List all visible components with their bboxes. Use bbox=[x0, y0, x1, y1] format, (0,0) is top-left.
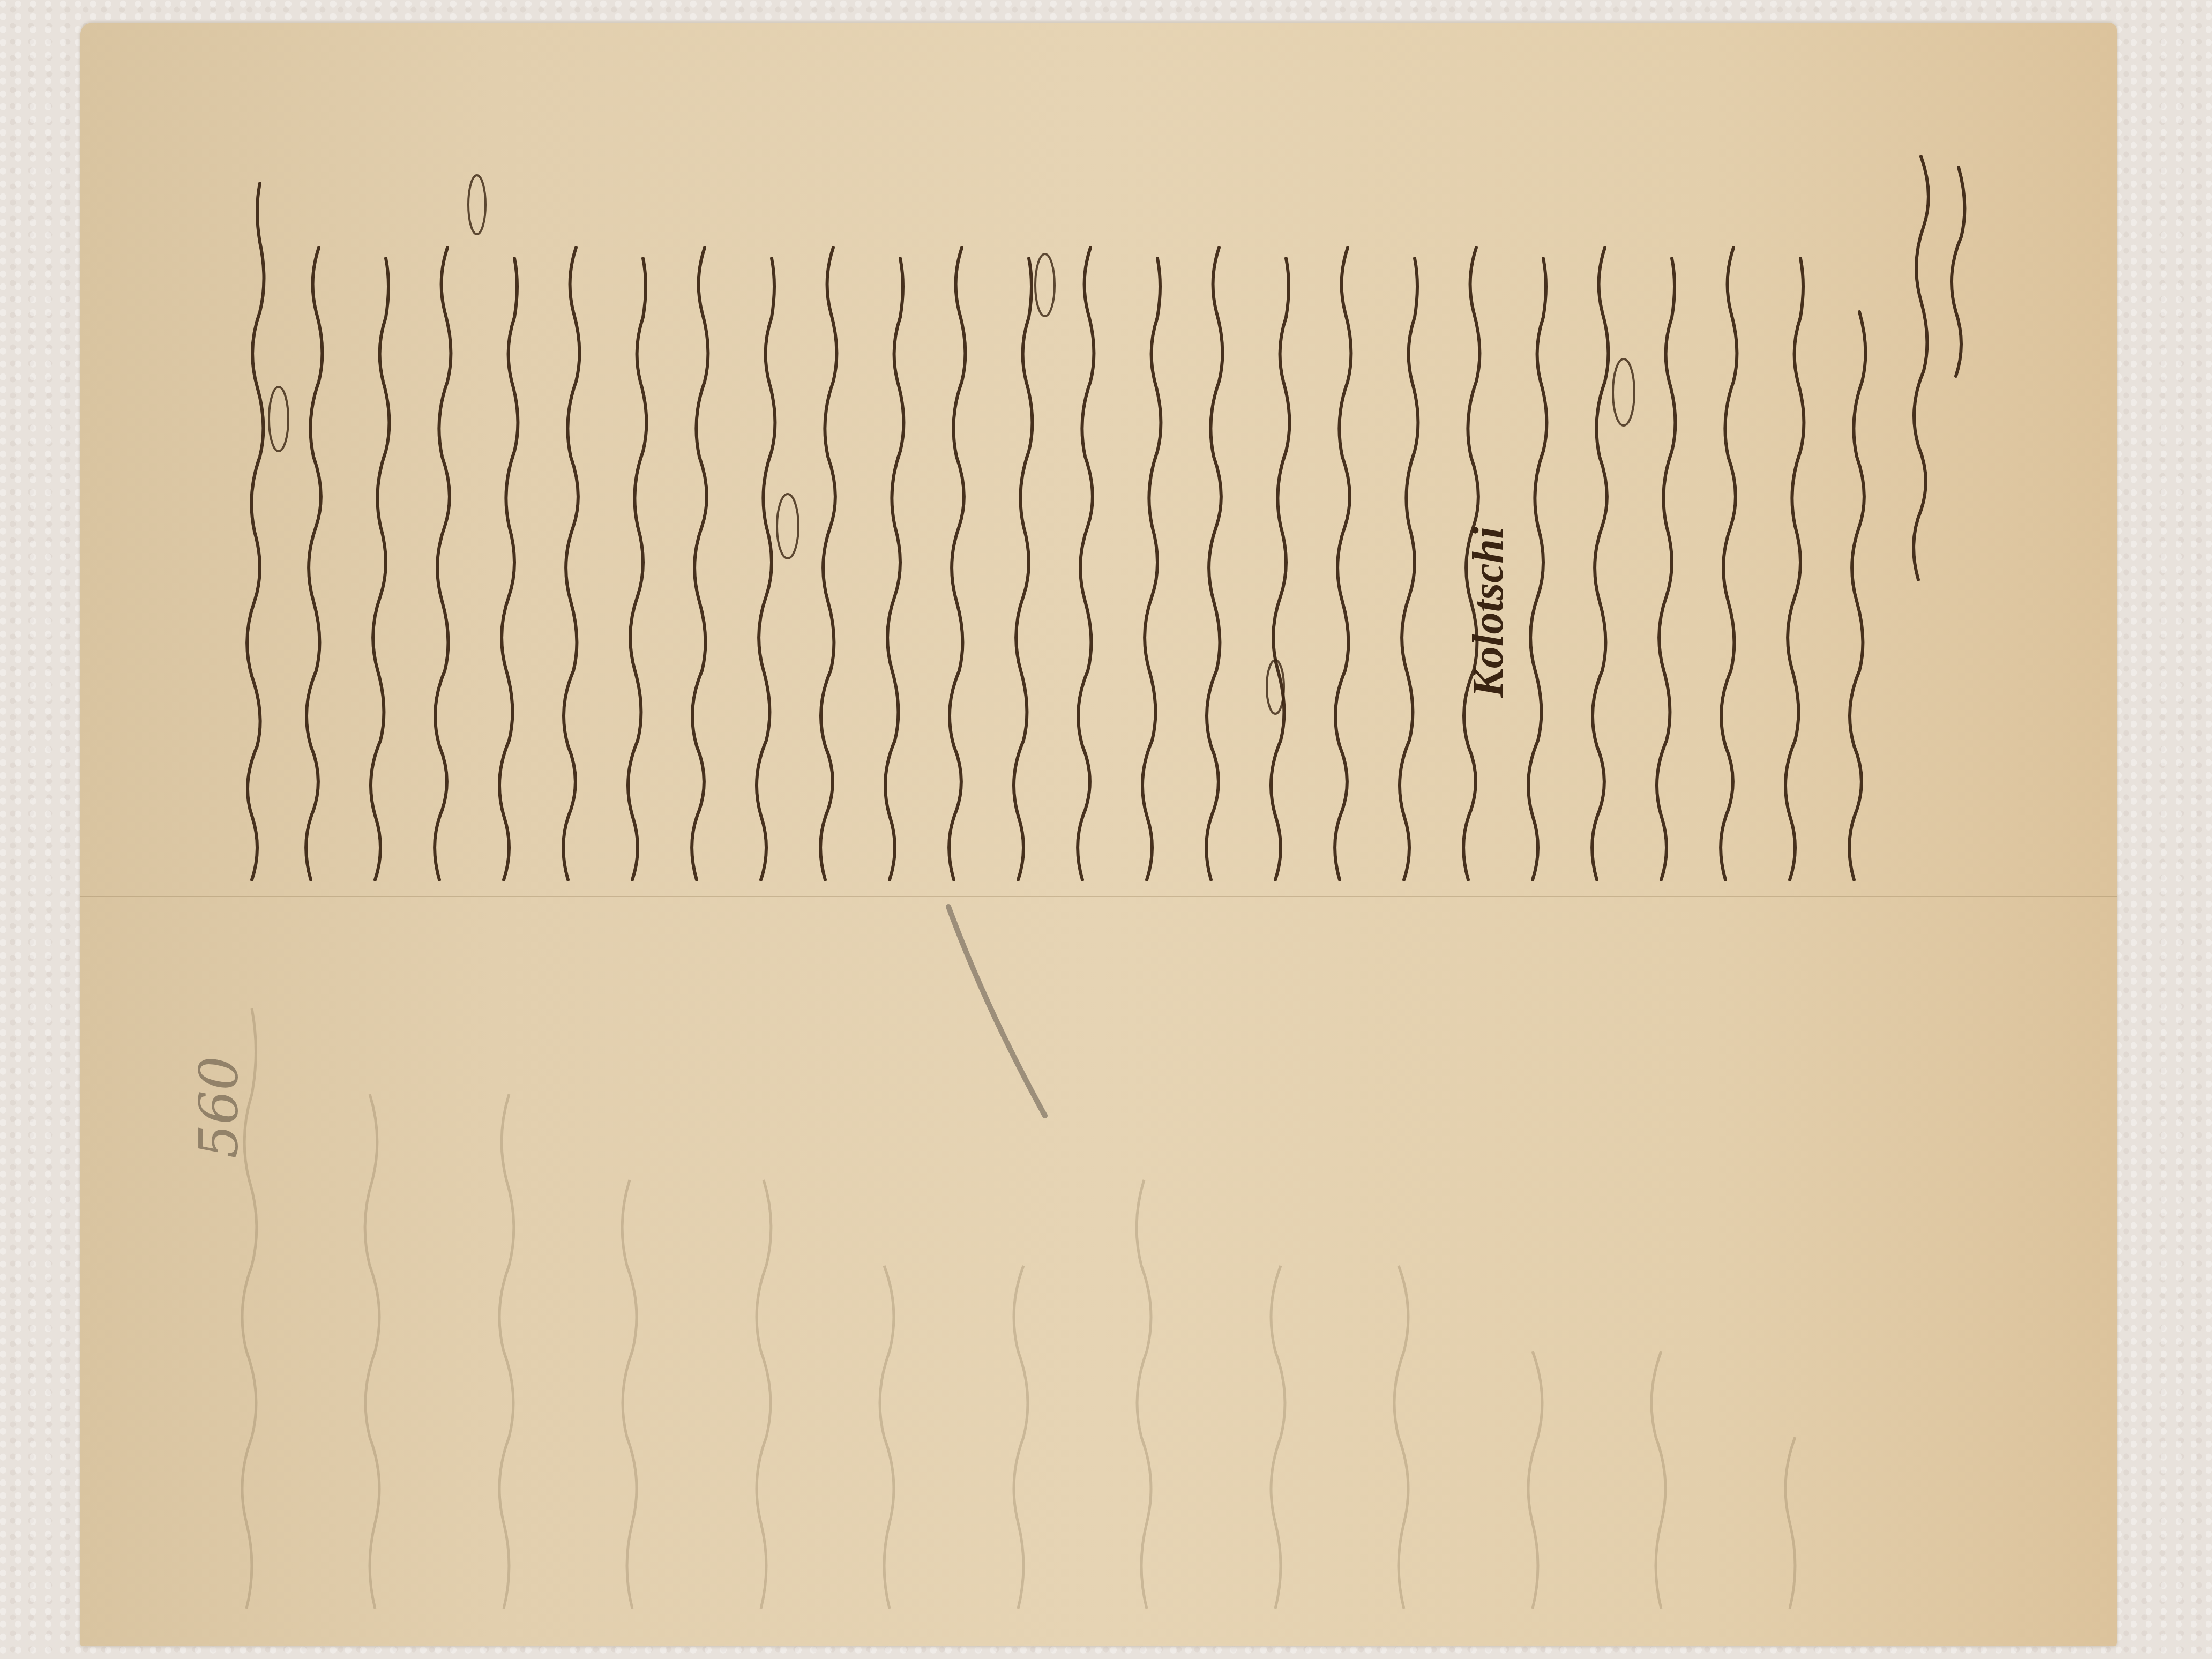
folio-number: 560 bbox=[188, 1051, 252, 1159]
pencil-stroke-mark bbox=[938, 901, 1056, 1126]
bleed-through-writing bbox=[214, 912, 1929, 1619]
legible-word-kolotschi: Kolotschi bbox=[1463, 527, 1513, 698]
paper-fold-line bbox=[80, 896, 2117, 897]
handwriting-strokes bbox=[177, 44, 1988, 901]
manuscript-sheet: Kolotschi 560 bbox=[80, 23, 2117, 1646]
handwritten-text-block bbox=[177, 44, 1988, 901]
